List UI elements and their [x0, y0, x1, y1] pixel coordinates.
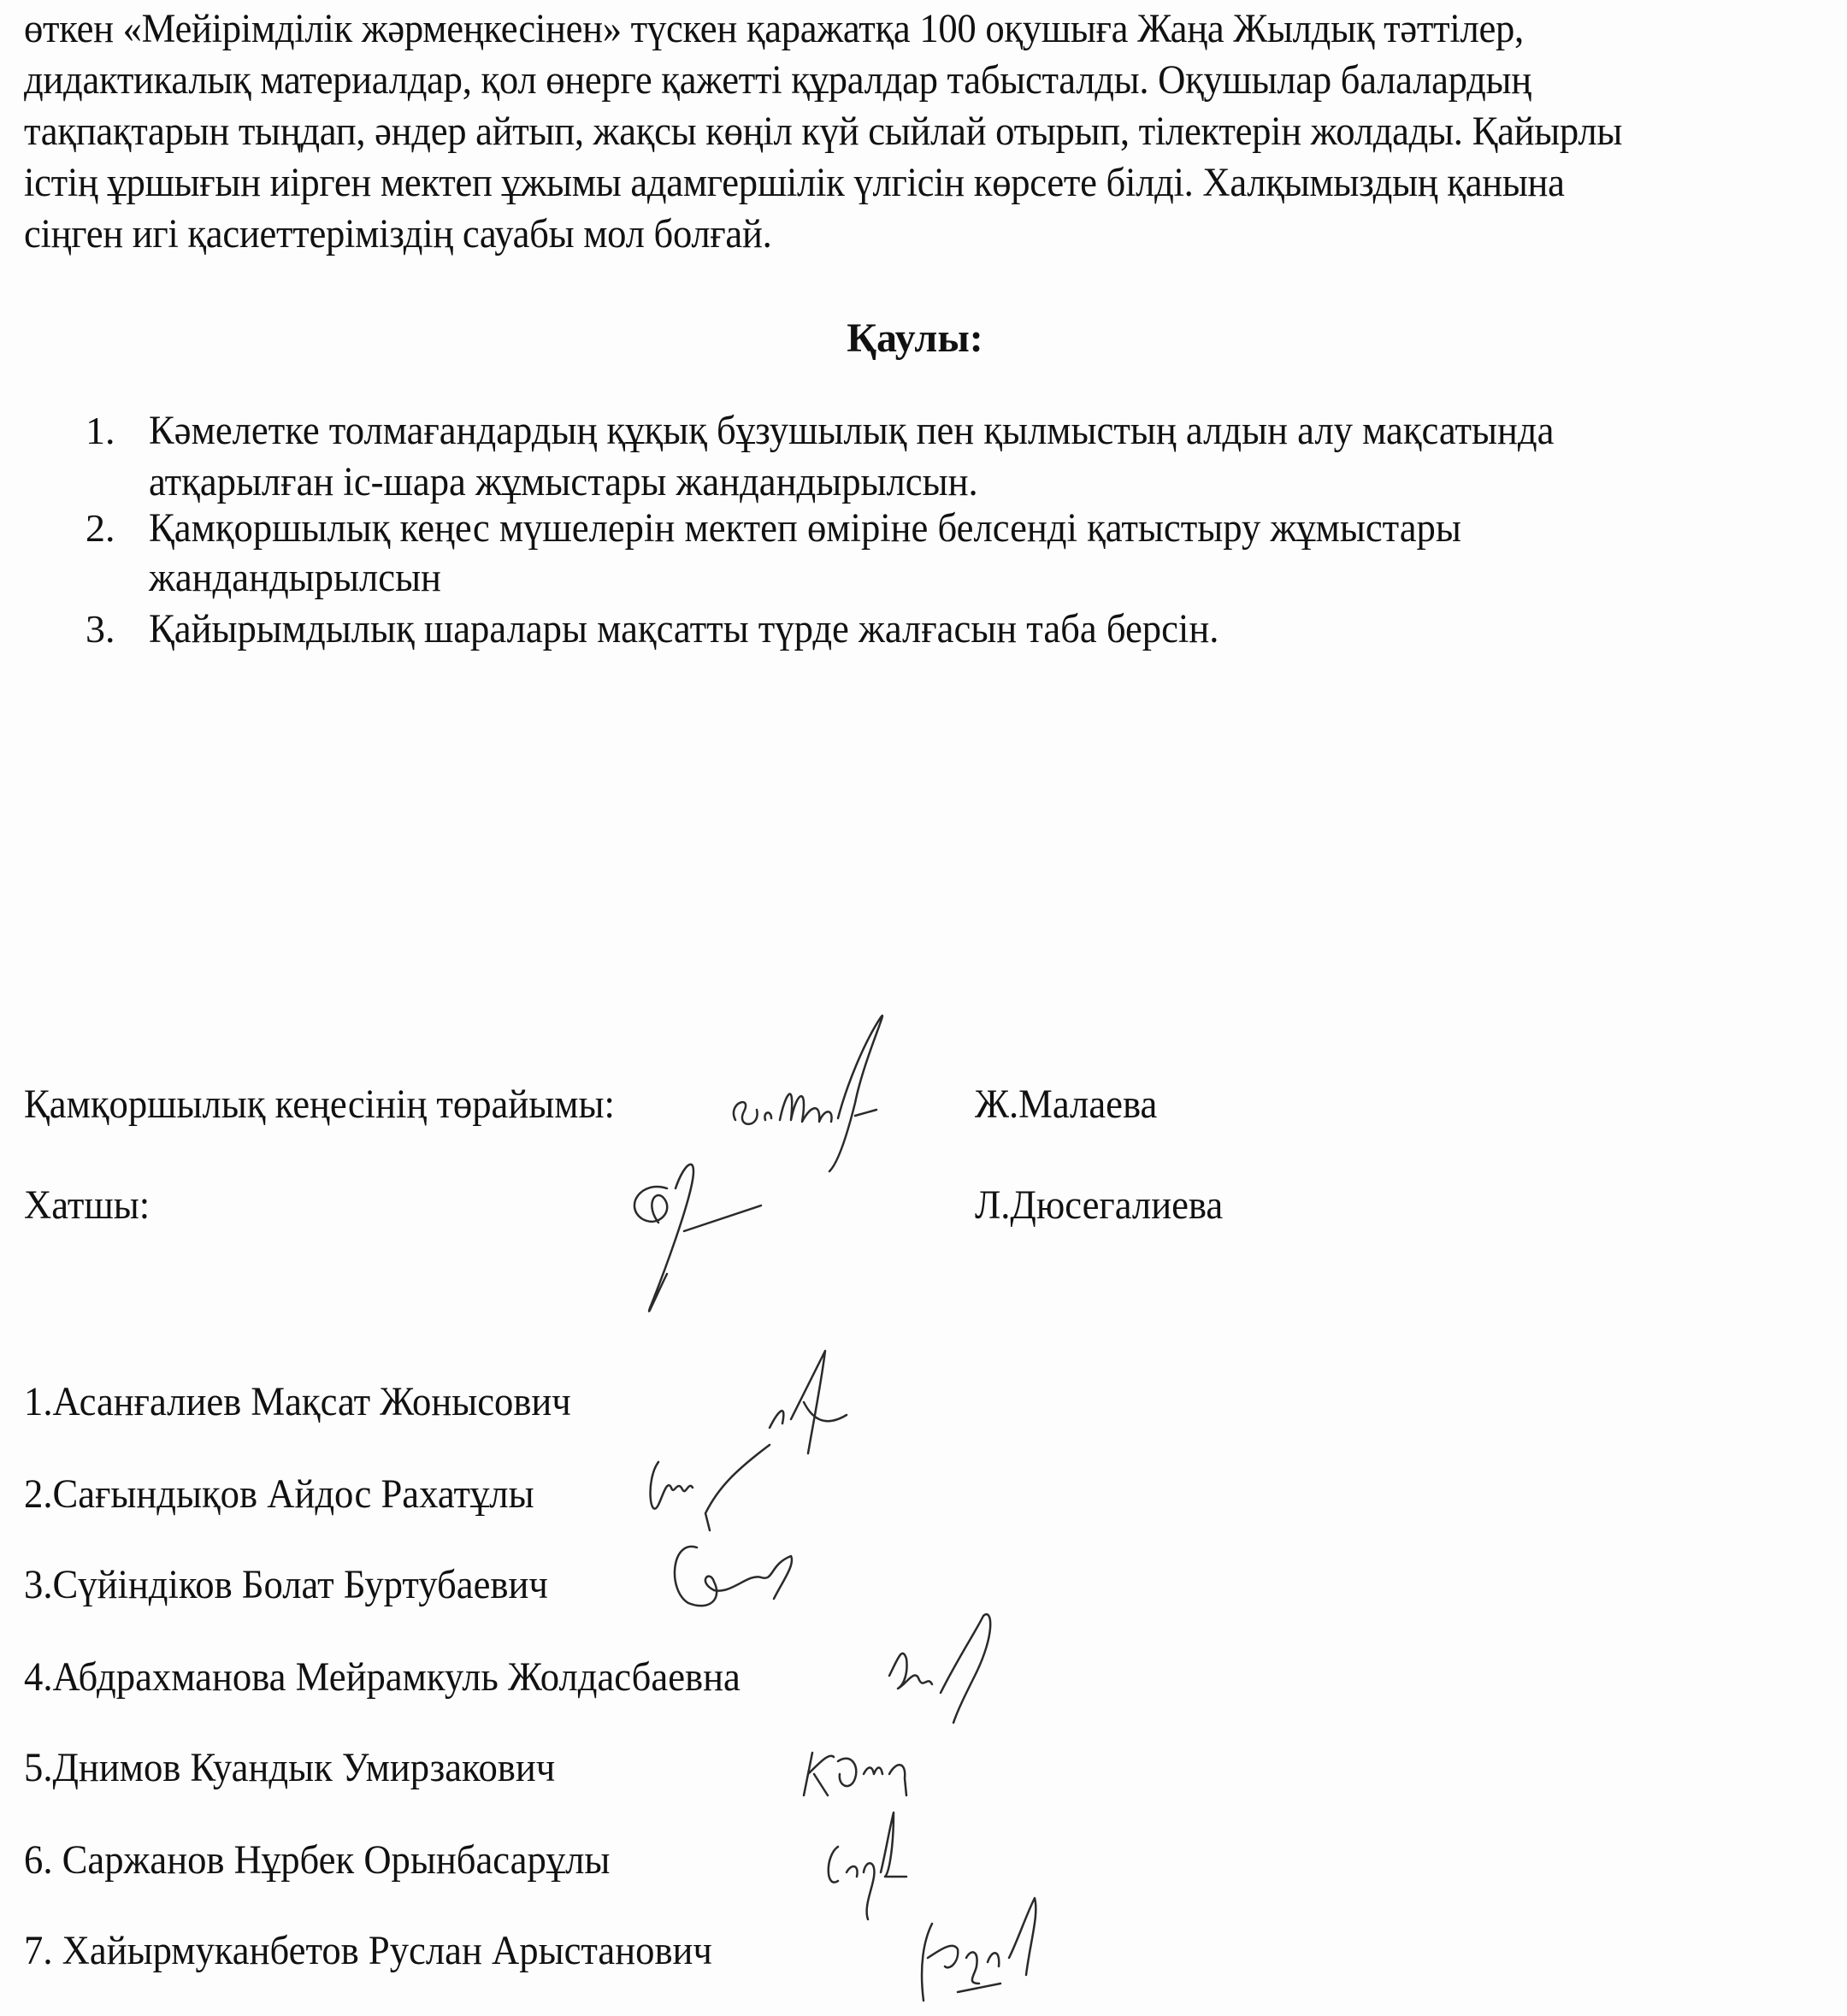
- member-signature-6: [812, 1804, 932, 1936]
- resolution-text: жандандырылсын: [149, 554, 441, 602]
- member-signature-4: [872, 1607, 1026, 1740]
- chairwoman-label: Қамқоршылық кеңесінің төрайымы:: [24, 1081, 615, 1129]
- member-signature-1: [752, 1342, 881, 1466]
- member-item: 6. Саржанов Нұрбек Орынбасарұлы: [24, 1836, 610, 1884]
- resolution-text: Қамқоршылық кеңес мүшелерін мектеп өмірі…: [149, 504, 1461, 552]
- resolution-number: 1.: [86, 407, 115, 455]
- member-item: 5.Днимов Куандык Умирзакович: [24, 1744, 555, 1792]
- secretary-signature: [616, 1137, 804, 1338]
- paragraph-line: сіңген игі қасиеттеріміздің сауабы мол б…: [24, 210, 771, 258]
- document-page: өткен «Мейірімділік жәрмеңкесінен» түске…: [0, 0, 1847, 2016]
- member-signature-3: [663, 1530, 859, 1637]
- secretary-name: Л.Дюсегалиева: [975, 1182, 1223, 1229]
- resolution-heading: Қаулы:: [0, 315, 1847, 363]
- resolution-text: Қайырымдылық шаралары мақсатты түрде жал…: [149, 605, 1219, 653]
- member-item: 2.Сағындықов Айдос Рахатұлы: [24, 1471, 534, 1518]
- member-signature-5: [787, 1727, 975, 1825]
- resolution-text: атқарылған іс-шара жұмыстары жандандырыл…: [149, 458, 978, 506]
- secretary-label: Хатшы:: [24, 1182, 150, 1229]
- paragraph-line: тақпақтарын тыңдап, әндер айтып, жақсы к…: [24, 108, 1622, 156]
- member-item: 4.Абдрахманова Мейрамкуль Жолдасбаевна: [24, 1653, 741, 1701]
- resolution-heading-text: Қаулы:: [847, 315, 983, 363]
- member-item: 3.Сүйіндіков Болат Буртубаевич: [24, 1561, 548, 1609]
- paragraph-line: істің ұршығын иірген мектеп ұжымы адамге…: [24, 159, 1565, 207]
- resolution-text: Кәмелетке толмағандардың құқық бұзушылық…: [149, 407, 1554, 455]
- member-signature-7: [906, 1889, 1077, 2016]
- chairwoman-name: Ж.Малаева: [975, 1081, 1157, 1129]
- chairwoman-signature: [718, 1009, 992, 1218]
- resolution-number: 2.: [86, 504, 115, 552]
- paragraph-line: өткен «Мейірімділік жәрмеңкесінен» түске…: [24, 5, 1524, 53]
- member-item: 1.Асанғалиев Мақсат Жонысович: [24, 1378, 571, 1426]
- resolution-number: 3.: [86, 605, 115, 653]
- member-item: 7. Хайырмуканбетов Руслан Арыстанович: [24, 1927, 712, 1975]
- member-signature-2: [641, 1428, 812, 1552]
- paragraph-line: дидактикалық материалдар, қол өнерге қаж…: [24, 56, 1531, 104]
